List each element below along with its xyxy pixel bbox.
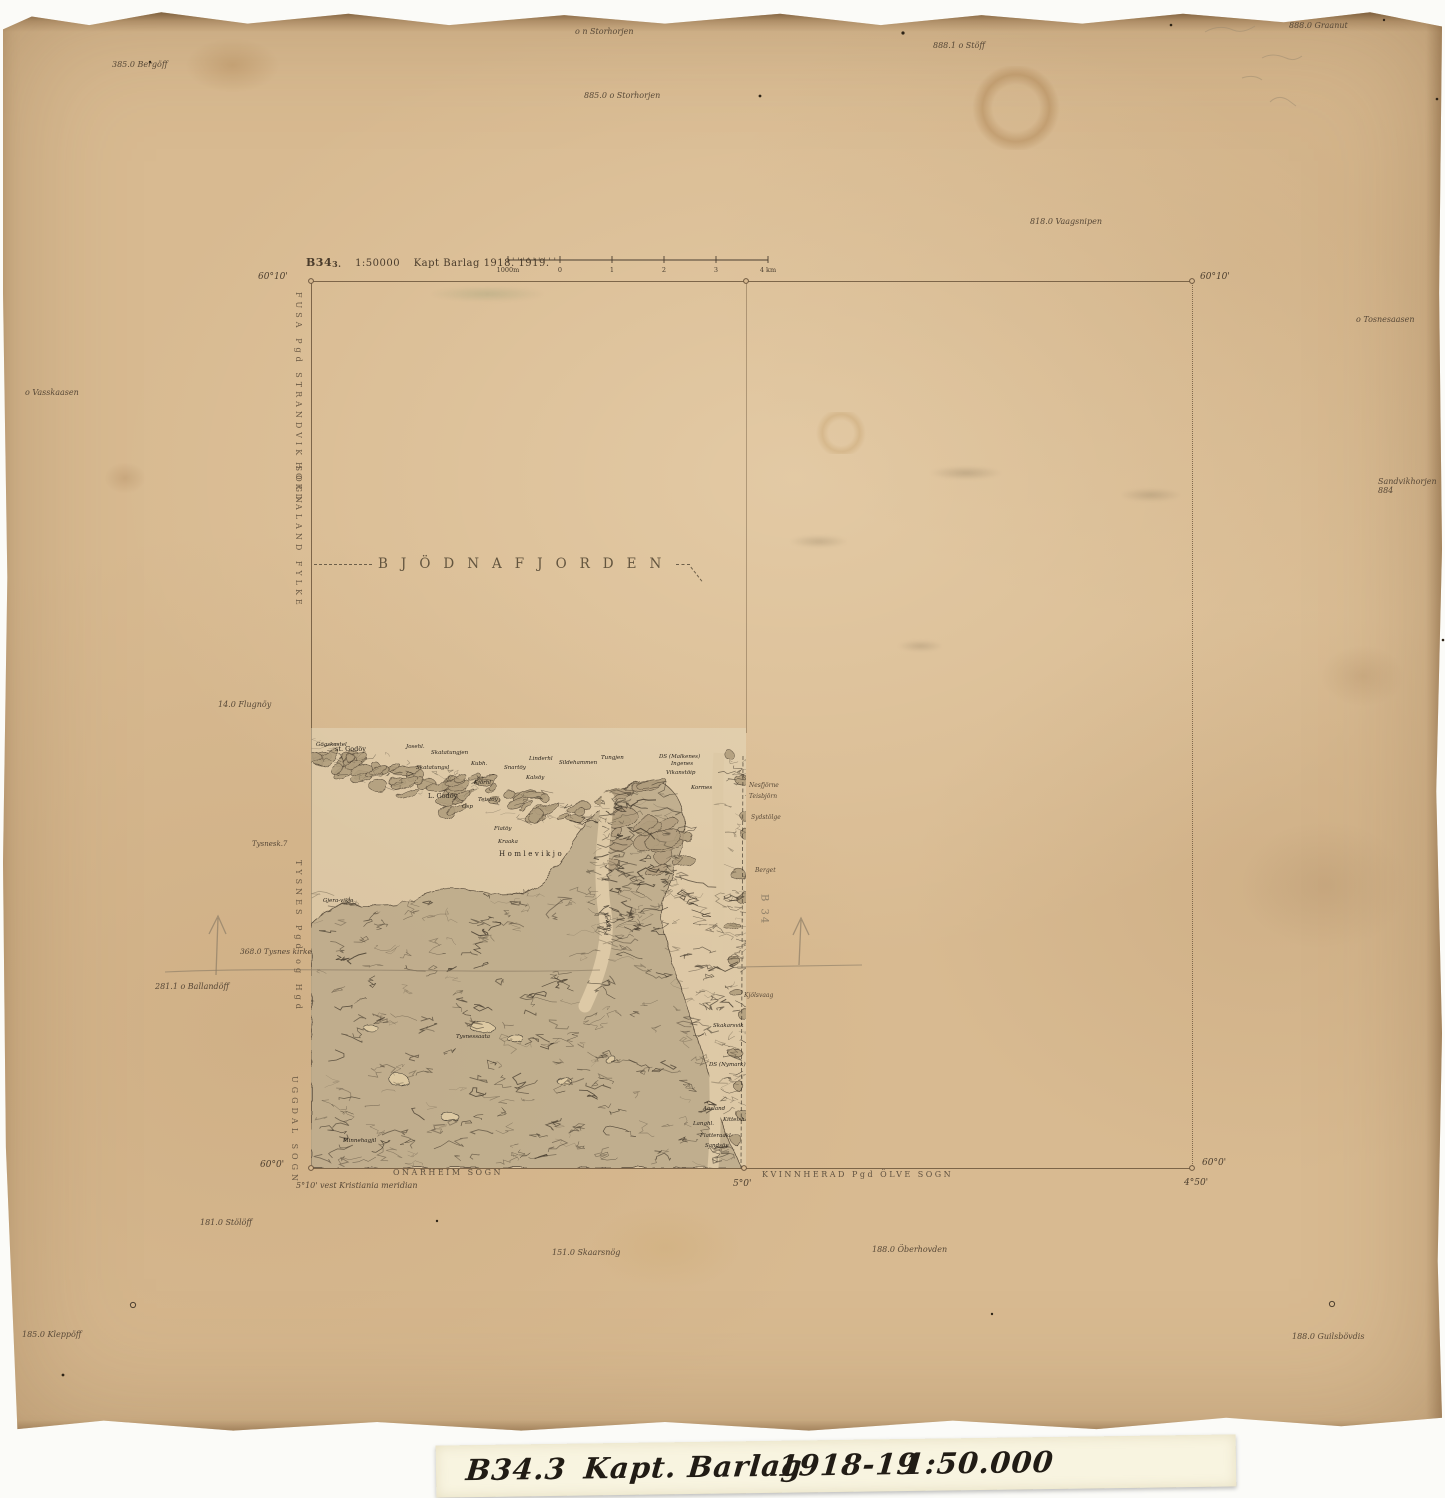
sheet-subnumber: 3. (332, 259, 341, 269)
frame-edge-vertical-label: UGGDAL SOGN (290, 1076, 299, 1185)
margin-annotation: 885.0 o Storhorjen (584, 91, 660, 100)
archive-label-text: Kapt. Barlag (582, 1448, 804, 1485)
frame-edge-vertical-label: HORDALAND FYLKE (294, 462, 303, 609)
margin-annotation: Kjölsvaag (744, 993, 773, 1000)
margin-annotation: 188.0 Guilsbövdis (1292, 1332, 1364, 1341)
map-place-label: Kormes (691, 785, 712, 791)
archive-label-text: 1:50.000 (902, 1445, 1055, 1481)
margin-annotation: Sandvikhorjen 884 (1378, 477, 1437, 495)
map-place-label: Sandsöy (705, 1143, 728, 1149)
margin-annotation: 151.0 Skaarsnög (552, 1248, 620, 1257)
margin-annotation: 60°0' (260, 1160, 284, 1170)
map-place-label: Skatatungjen (431, 750, 468, 756)
frame-edge-vertical-label: TYSNES Pgd og Hgd (294, 860, 303, 1013)
frame-top-line (311, 281, 1193, 282)
sheet-number: B34 (306, 256, 332, 269)
deckled-right-edge (1426, 8, 1442, 1432)
engraved-map-area: Gögskastelst. GodöyJosehl.SkatatungjenSk… (311, 728, 746, 1168)
margin-annotation: o Tosnesaasen (1356, 315, 1415, 324)
margin-annotation: Nesfjörne (749, 783, 779, 790)
map-place-label: Flatteraakl (700, 1133, 731, 1139)
margin-annotation: 14.0 Flugnöy (218, 700, 271, 709)
map-place-label: Teistöy (478, 797, 498, 803)
scanned-map-sheet: B343. 1:50000 Kapt Barlag 1918. 1919. 10… (0, 0, 1445, 1498)
svg-text:1000m: 1000m (497, 266, 520, 274)
map-place-label: Kittelsh. (723, 1117, 746, 1123)
margin-annotation: 60°0' (1202, 1158, 1226, 1168)
margin-annotation: KVINNHERAD Pgd ÖLVE SOGN (762, 1170, 953, 1179)
terrain-engraving (311, 728, 746, 1168)
margin-annotation: 4°50' (1184, 1178, 1208, 1188)
map-place-label: Kraaka (498, 839, 518, 845)
fjord-name: BJÖDNAFJORDEN (378, 556, 674, 572)
archive-label-strip: B34.3Kapt. Barlag1918-191:50.000 (436, 1434, 1237, 1497)
leader-dash (314, 564, 372, 565)
map-place-label: Skakarsvik (713, 1023, 744, 1029)
margin-annotation: 185.0 Kleppöff (22, 1330, 81, 1339)
map-place-label: Linderhl (529, 756, 553, 762)
margin-annotation: Sydstölge (751, 815, 781, 822)
map-place-label: st. Godöy (335, 745, 366, 753)
archive-label-text: B34.3 (464, 1452, 567, 1487)
margin-annotation: B 34 (758, 894, 770, 925)
map-place-label: Tungjen (601, 755, 624, 761)
fjord-label: BJÖDNAFJORDEN (314, 556, 708, 572)
map-place-label: Flatöy (494, 826, 511, 832)
map-place-label: Gjera-vikja (323, 898, 353, 904)
margin-annotation: 888.1 o Stöff (933, 41, 985, 50)
archive-label-text: 1918-19 (776, 1447, 919, 1483)
map-place-label: Josehl. (406, 744, 425, 750)
margin-annotation: 5°10' vest Kristiania meridian (296, 1181, 417, 1190)
margin-annotation: 188.0 Öberhovden (872, 1245, 947, 1254)
leader-dash (676, 564, 690, 565)
map-place-label: Kubh. (471, 761, 487, 767)
map-place-label: Langhl. (693, 1121, 714, 1127)
map-place-label: Kalsöy (526, 775, 544, 781)
torn-top-edge (3, 8, 1442, 32)
map-place-label: Skatatungsl (416, 765, 449, 771)
svg-text:0: 0 (558, 266, 562, 274)
frame-right-line (1192, 281, 1193, 1168)
margin-annotation: 281.1 o Ballandöff (155, 982, 229, 991)
frame-mid-line (746, 281, 747, 733)
map-place-label: Vikanstöip (666, 770, 695, 776)
map-place-label: Homlevikjo (499, 850, 564, 858)
margin-annotation: 818.0 Vaagsnipen (1030, 217, 1102, 226)
margin-annotation: o n Storhorjen (575, 27, 634, 36)
map-place-label: Aasland (703, 1106, 725, 1112)
map-place-label: Kjörhl (474, 780, 491, 786)
margin-annotation: 5°0' (733, 1179, 751, 1189)
map-place-label: Tysnessaata (456, 1034, 490, 1040)
margin-annotation: Teisbjörn (749, 794, 777, 801)
svg-text:3: 3 (714, 266, 718, 274)
torn-bottom-edge (3, 1420, 1442, 1432)
sheet-scale: 1:50000 (355, 258, 400, 269)
map-place-label: DS (Malkenes) (659, 754, 700, 760)
margin-annotation: Tysnesk.7 (252, 840, 287, 848)
map-place-label: Sildehammen (559, 760, 597, 766)
scale-bar: 1000m01234 km (498, 253, 788, 279)
map-place-label: Ingenes (671, 761, 693, 767)
svg-text:2: 2 (662, 266, 666, 274)
map-place-label: Osp (462, 804, 473, 810)
svg-text:1: 1 (610, 266, 614, 274)
margin-annotation: Berget (755, 868, 776, 875)
svg-text:4 km: 4 km (760, 266, 776, 274)
margin-annotation: o Vasskaasen (25, 388, 79, 397)
map-place-label: Snartöy (504, 765, 526, 771)
map-place-label: DS (Nymark) (709, 1062, 746, 1068)
map-place-label: Minnehagjil (343, 1138, 376, 1144)
margin-annotation: 60°10' (1200, 272, 1230, 282)
margin-annotation: 60°10' (258, 272, 288, 282)
margin-annotation: 181.0 Stölöff (200, 1218, 252, 1227)
map-place-label: L. Godöy (428, 792, 457, 800)
margin-annotation: ONARHEIM SOGN (393, 1168, 503, 1177)
margin-annotation: 888.0 Graanut (1289, 21, 1348, 30)
margin-annotation: 385.0 Bergöff (112, 60, 168, 69)
